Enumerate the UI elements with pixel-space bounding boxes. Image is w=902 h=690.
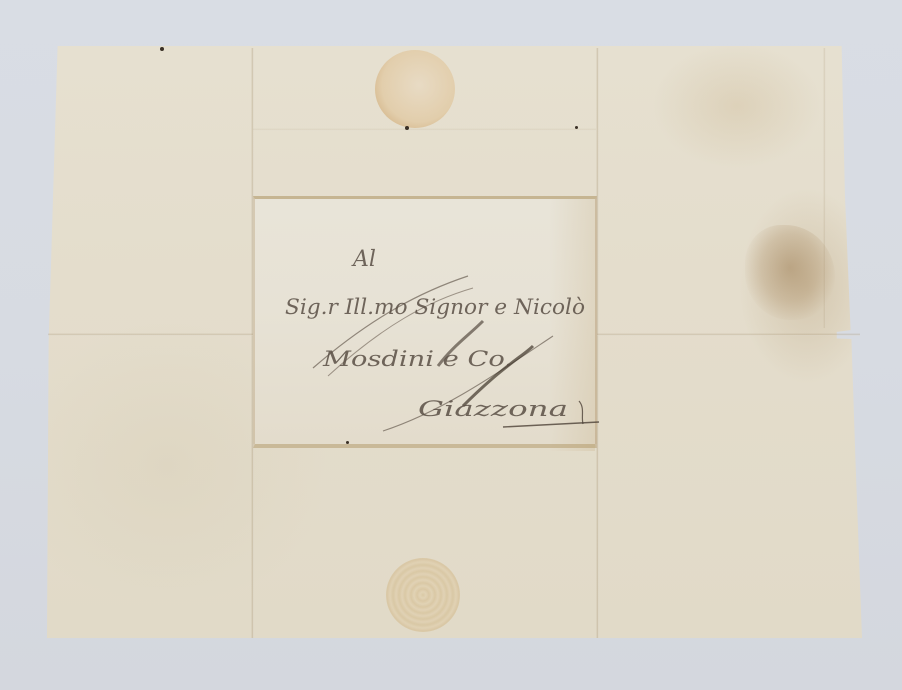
embossed-seal-bottom [386, 558, 460, 632]
ink-speck [575, 126, 578, 129]
scene-description: Folded antique letter (entire letter cov… [0, 0, 1, 1]
handwriting-strokes: Al Sig.r Ill.mo Signor e Nicolò Mosdini … [253, 196, 597, 448]
address-line-2: Sig.r Ill.mo Signor e Nicolò [285, 295, 585, 319]
ink-speck [160, 47, 164, 51]
ink-speck [405, 126, 409, 130]
handwritten-address: Al Sig.r Ill.mo Signor e Nicolò Mosdini … [253, 196, 597, 448]
address-line-4: Giazzona [418, 397, 568, 421]
address-line-1: Al [351, 247, 376, 272]
photo-scene: Al Sig.r Ill.mo Signor e Nicolò Mosdini … [0, 0, 902, 690]
address-line-3: Mosdini e Co. [322, 347, 513, 371]
wax-seal-stain-top [375, 50, 455, 128]
